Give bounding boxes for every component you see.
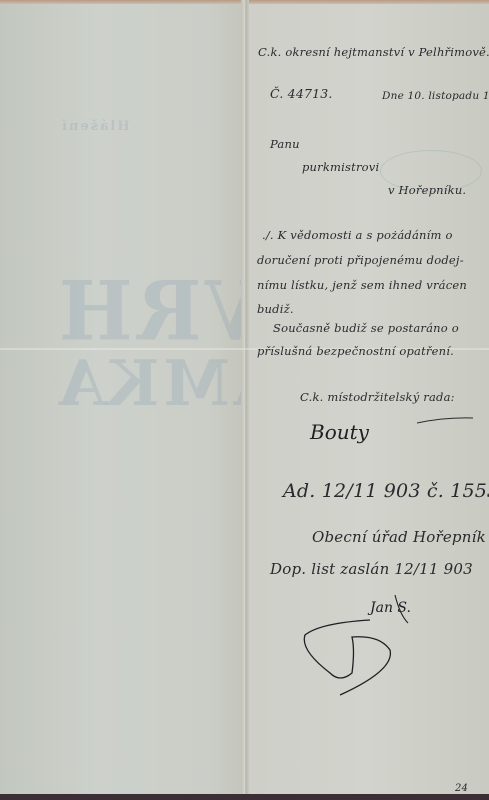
body-line-3: nímu lístku, jenž sem ihned vrácen <box>257 278 467 292</box>
official-signature: Bouty <box>310 420 369 444</box>
closing-title: C.k. místodržitelský rada: <box>300 390 455 404</box>
salutation: Panu <box>270 137 300 151</box>
signature-flourish-line <box>415 415 475 427</box>
body-line-1: ./. K vědomosti a s pożádáním o <box>262 228 453 242</box>
page-fold <box>241 0 249 794</box>
addressee-title: purkmistrovi <box>302 160 379 174</box>
body-line-5: Současně budiž se postaráno o <box>273 321 459 335</box>
signature-flourish <box>300 595 410 705</box>
addressee-place: v Hořepníku. <box>388 183 466 197</box>
scan-background-edge <box>0 794 489 800</box>
municipal-office: Obecní úřad Hořepník <box>312 528 486 546</box>
body-line-2: doručení proti připojenému dodej- <box>257 253 464 267</box>
date-line: Dne 10. listopadu 1903. <box>382 90 489 102</box>
bleed-through-small-text: Hlášení <box>60 119 130 134</box>
body-line-6: příslušná bezpečnostní opatření. <box>257 344 454 358</box>
receipt-note: Ad. 12/11 903 č. 1553 <box>283 480 489 502</box>
body-line-4: budiž. <box>257 302 294 316</box>
left-page-blank: Hlášení NÁVRH ZNÁMKA <box>0 4 244 794</box>
page-number: 24 <box>455 783 468 794</box>
delivery-note: Dop. list zaslán 12/11 903 <box>270 560 473 578</box>
header-authority: C.k. okresní hejtmanství v Pelhřimově. <box>258 45 489 59</box>
document-sheet: Hlášení NÁVRH ZNÁMKA C.k. okresní hejtma… <box>0 0 489 794</box>
reference-number: Č. 44713. <box>270 86 333 101</box>
